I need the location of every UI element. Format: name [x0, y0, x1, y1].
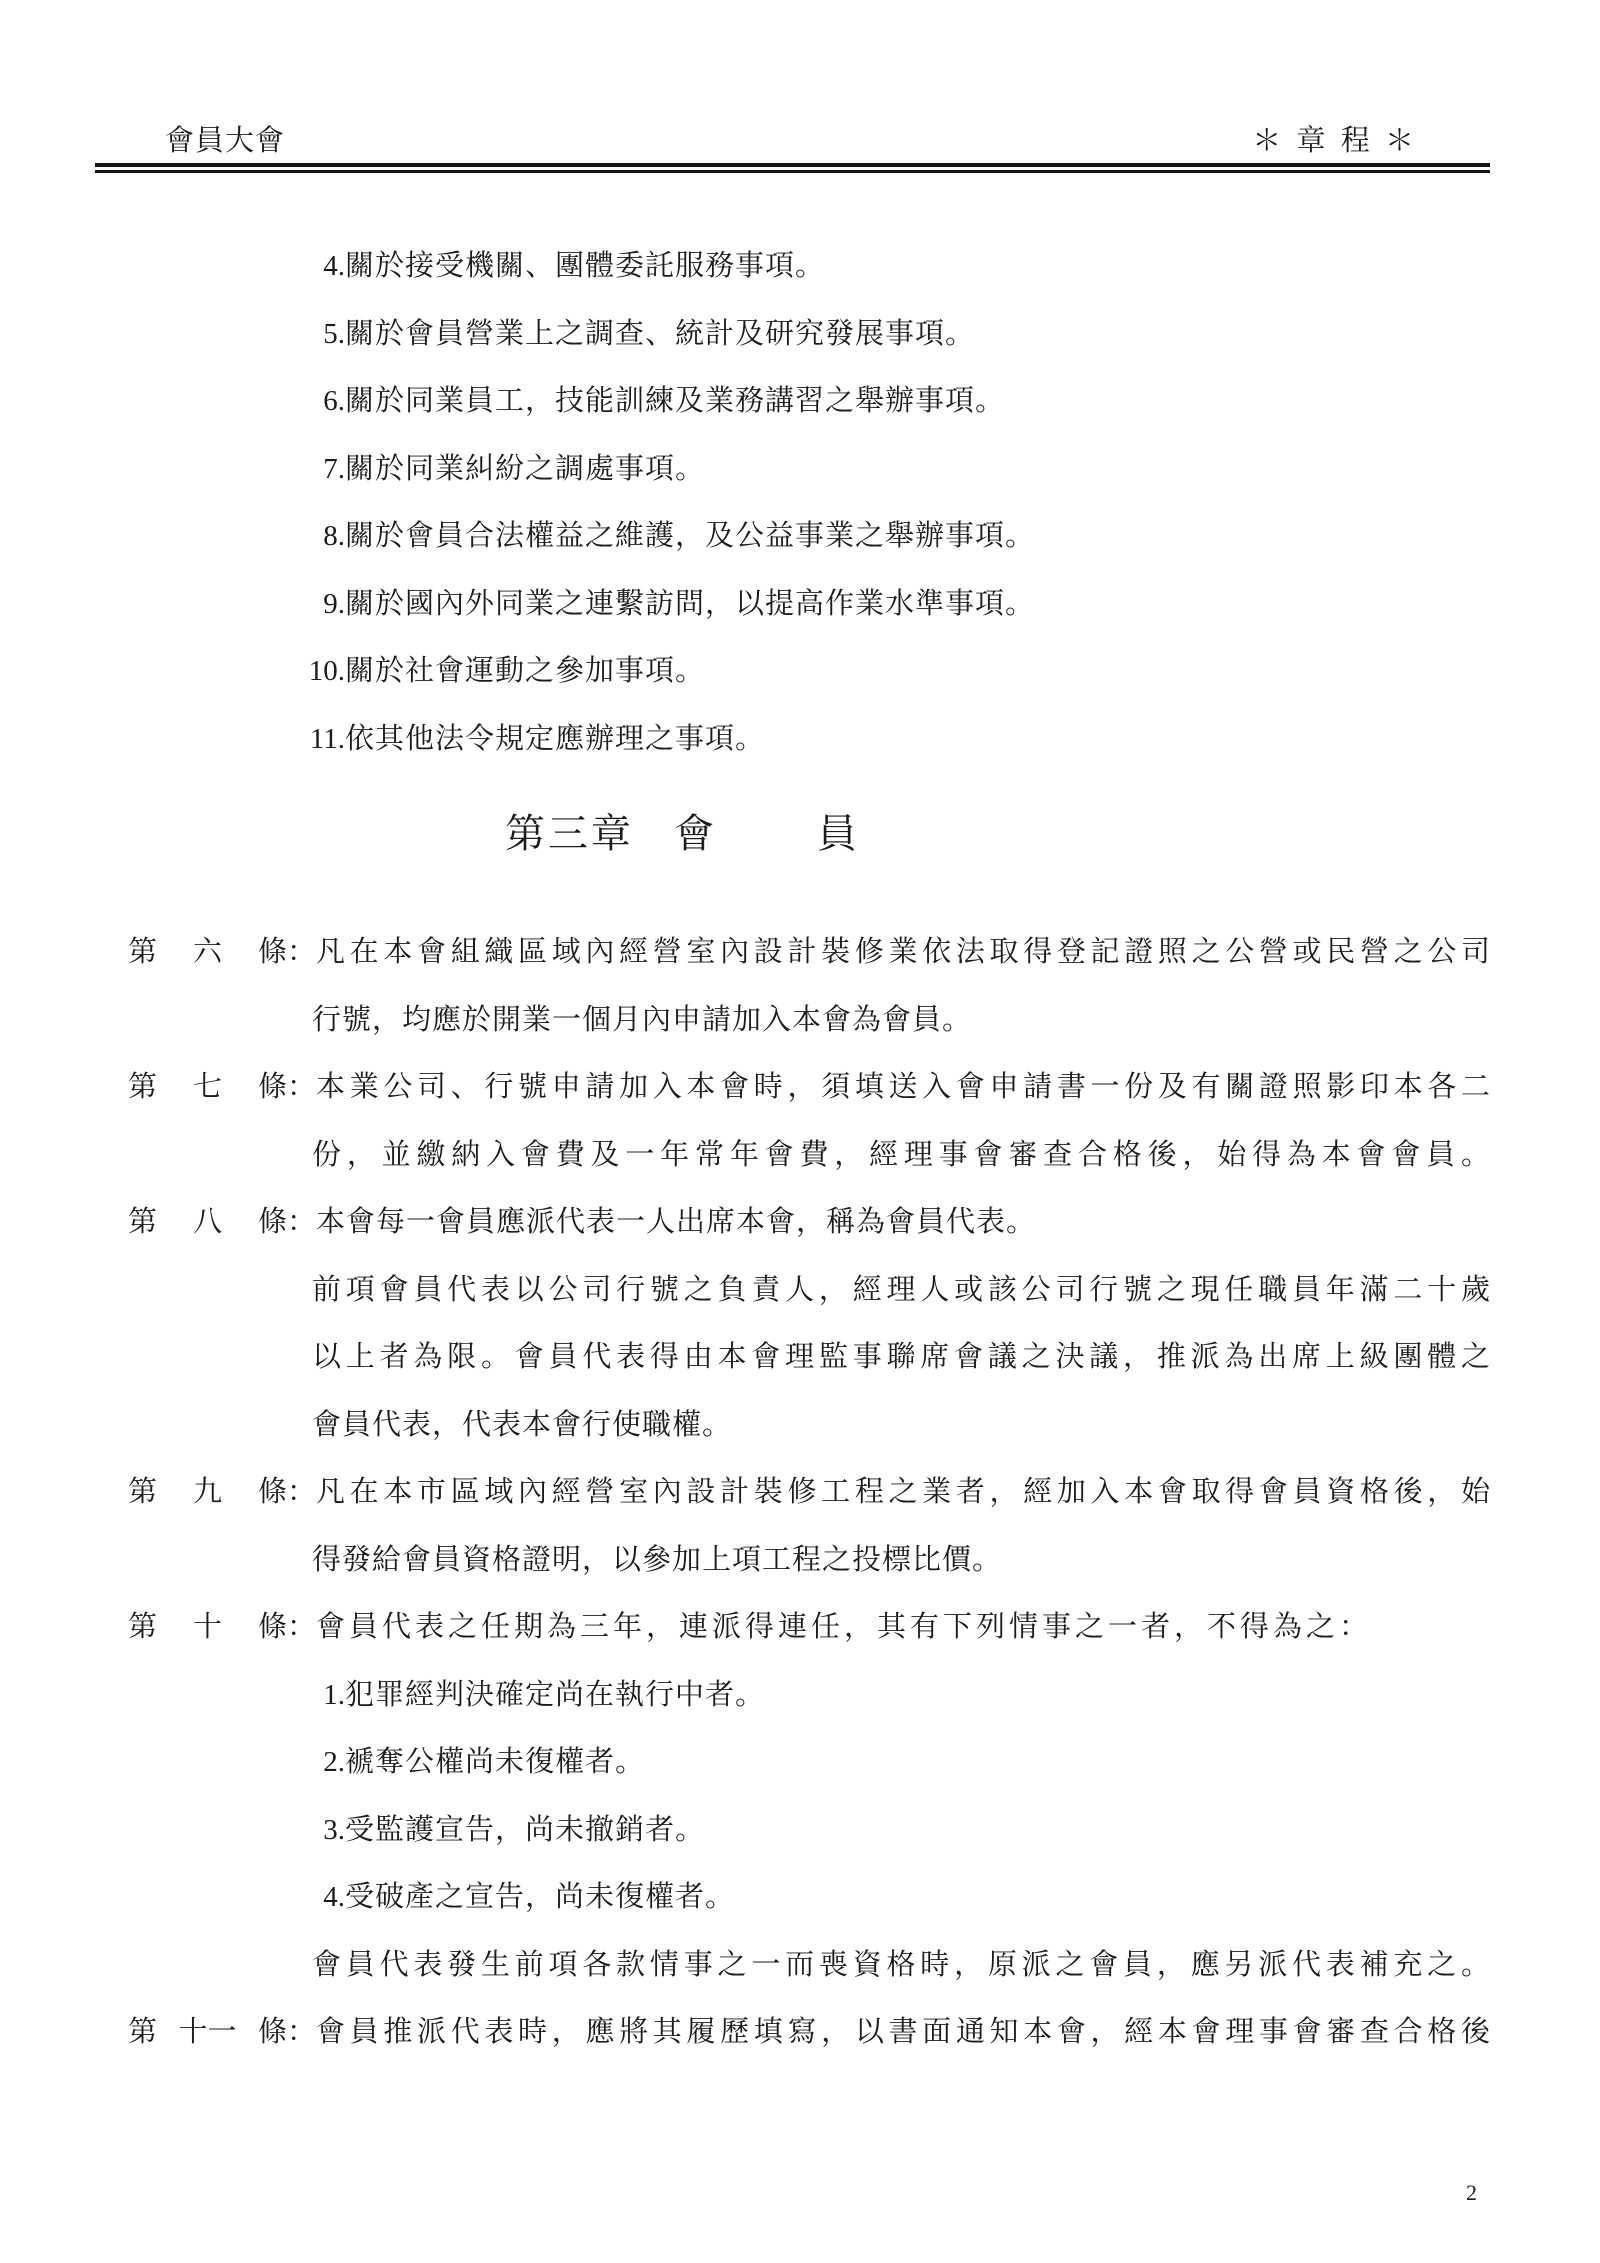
article-line-continuation: 會員代表，代表本會行使職權。 — [0, 1392, 1600, 1460]
article-label-prefix: 第 — [128, 1459, 157, 1527]
sub-item-text: 犯罪經判決確定尚在執行中者。 — [345, 1679, 765, 1711]
article-label-suffix: 條 — [258, 1594, 287, 1662]
article-label-number: 七 — [193, 1054, 222, 1122]
article-colon: ： — [287, 1999, 316, 2067]
list-item-number: 4. — [0, 233, 345, 301]
article-label: 第 十 條 — [128, 1594, 287, 1662]
list-item-number: 6. — [0, 368, 345, 436]
article-line-first: 第 七 條 ： 本業公司、行號申請加入本會時，須填送入會申請書一份及有關證照影印… — [0, 1054, 1600, 1122]
article-colon: ： — [287, 919, 316, 987]
sub-item-number: 1. — [0, 1662, 345, 1730]
article-text: 會員代表，代表本會行使職權。 — [312, 1392, 1490, 1460]
list-item-number: 11. — [0, 706, 345, 774]
list-item-text: 關於國內外同業之連繫訪問，以提高作業水準事項。 — [345, 588, 1035, 620]
article-label-prefix: 第 — [128, 919, 157, 987]
list-item-text: 依其他法令規定應辦理之事項。 — [345, 723, 765, 755]
chapter-heading-number: 第三章 — [505, 810, 634, 858]
article-text: 本業公司、行號申請加入本會時，須填送入會申請書一份及有關證照影印本各二 — [316, 1054, 1490, 1122]
numbered-list: 4. 關於接受機關、團體委託服務事項。 5. 關於會員營業上之調查、統計及研究發… — [0, 233, 1600, 773]
article-line-continuation: 行號，均應於開業一個月內申請加入本會為會員。 — [0, 987, 1600, 1055]
article-text: 會員代表發生前項各款情事之一而喪資格時，原派之會員，應另派代表補充之。 — [312, 1932, 1490, 2000]
article-colon: ： — [287, 1189, 316, 1257]
article-text: 份，並繳納入會費及一年常年會費，經理事會審查合格後，始得為本會會員。 — [312, 1122, 1490, 1190]
sub-item-number: 4. — [0, 1864, 345, 1932]
list-item-text: 關於同業員工，技能訓練及業務講習之舉辦事項。 — [345, 385, 1005, 417]
articles-section: 第 六 條 ： 凡在本會組織區域內經營室內設計裝修業依法取得登記證照之公營或民營… — [0, 919, 1600, 2067]
document-page: 會員大會 ＊ 章 程 ＊ 4. 關於接受機關、團體委託服務事項。 5. 關於會員… — [0, 0, 1600, 2263]
list-item-number: 5. — [0, 301, 345, 369]
sub-item-text: 褫奪公權尚未復權者。 — [345, 1746, 645, 1778]
article-line-continuation: 得發給會員資格證明，以參加上項工程之投標比價。 — [0, 1527, 1600, 1595]
header-double-rule — [95, 163, 1490, 173]
article-sub-item: 1. 犯罪經判決確定尚在執行中者。 — [0, 1662, 1600, 1730]
header-right-title: ＊ 章 程 ＊ — [1252, 124, 1418, 158]
list-item: 4. 關於接受機關、團體委託服務事項。 — [0, 233, 1600, 301]
article-label: 第 七 條 — [128, 1054, 287, 1122]
article-text: 凡在本會組織區域內經營室內設計裝修業依法取得登記證照之公營或民營之公司 — [316, 919, 1490, 987]
sub-item-text: 受監護宣告，尚未撤銷者。 — [345, 1814, 705, 1846]
article-line-continuation: 會員代表發生前項各款情事之一而喪資格時，原派之會員，應另派代表補充之。 — [0, 1932, 1600, 2000]
list-item-text: 關於會員合法權益之維護，及公益事業之舉辦事項。 — [345, 520, 1035, 552]
article-text: 凡在本市區域內經營室內設計裝修工程之業者，經加入本會取得會員資格後，始 — [316, 1459, 1490, 1527]
article-text: 前項會員代表以公司行號之負責人，經理人或該公司行號之現任職員年滿二十歲 — [312, 1257, 1490, 1325]
article-label: 第 十一 條 — [128, 1999, 287, 2067]
article-line-first: 第 十一 條 ： 會員推派代表時，應將其履歷填寫，以書面通知本會，經本會理事會審… — [0, 1999, 1600, 2067]
article-label-prefix: 第 — [128, 1594, 157, 1662]
article-line-first: 第 九 條 ： 凡在本市區域內經營室內設計裝修工程之業者，經加入本會取得會員資格… — [0, 1459, 1600, 1527]
article-sub-item: 3. 受監護宣告，尚未撤銷者。 — [0, 1797, 1600, 1865]
article-line-first: 第 八 條 ： 本會每一會員應派代表一人出席本會，稱為會員代表。 — [0, 1189, 1600, 1257]
article-label-prefix: 第 — [128, 1999, 157, 2067]
list-item: 10. 關於社會運動之參加事項。 — [0, 638, 1600, 706]
page-number: 2 — [1466, 2180, 1477, 2206]
list-item-text: 關於社會運動之參加事項。 — [345, 655, 705, 687]
article-label: 第 九 條 — [128, 1459, 287, 1527]
article-label-number: 六 — [193, 919, 222, 987]
list-item: 5. 關於會員營業上之調查、統計及研究發展事項。 — [0, 301, 1600, 369]
list-item-number: 7. — [0, 436, 345, 504]
article-line-first: 第 十 條 ： 會員代表之任期為三年，連派得連任，其有下列情事之一者，不得為之： — [0, 1594, 1600, 1662]
list-item-text: 關於接受機關、團體委託服務事項。 — [345, 250, 825, 282]
chapter-heading-word-1: 會 — [674, 810, 717, 858]
list-item: 8. 關於會員合法權益之維護，及公益事業之舉辦事項。 — [0, 503, 1600, 571]
article-label-number: 八 — [193, 1189, 222, 1257]
article-text: 以上者為限。會員代表得由本會理監事聯席會議之決議，推派為出席上級團體之 — [312, 1324, 1490, 1392]
article-sub-item: 2. 褫奪公權尚未復權者。 — [0, 1729, 1600, 1797]
list-item: 6. 關於同業員工，技能訓練及業務講習之舉辦事項。 — [0, 368, 1600, 436]
list-item-text: 關於同業糾紛之調處事項。 — [345, 453, 705, 485]
list-item-number: 10. — [0, 638, 345, 706]
list-item-number: 9. — [0, 571, 345, 639]
article-text: 會員代表之任期為三年，連派得連任，其有下列情事之一者，不得為之： — [316, 1594, 1490, 1662]
list-item-number: 8. — [0, 503, 345, 571]
article-line-continuation: 以上者為限。會員代表得由本會理監事聯席會議之決議，推派為出席上級團體之 — [0, 1324, 1600, 1392]
article-sub-item: 4. 受破產之宣告，尚未復權者。 — [0, 1864, 1600, 1932]
sub-item-text: 受破產之宣告，尚未復權者。 — [345, 1881, 735, 1913]
chapter-heading: 第三章 會 員 — [505, 810, 860, 858]
article-label-prefix: 第 — [128, 1189, 157, 1257]
article-label-suffix: 條 — [258, 919, 287, 987]
article-text: 得發給會員資格證明，以參加上項工程之投標比價。 — [312, 1527, 1490, 1595]
article-label-suffix: 條 — [258, 1054, 287, 1122]
article-label-number: 九 — [193, 1459, 222, 1527]
header-left-title: 會員大會 — [165, 124, 285, 158]
list-item: 7. 關於同業糾紛之調處事項。 — [0, 436, 1600, 504]
article-text: 行號，均應於開業一個月內申請加入本會為會員。 — [312, 987, 1490, 1055]
article-label-number: 十一 — [178, 1999, 236, 2067]
list-item-text: 關於會員營業上之調查、統計及研究發展事項。 — [345, 318, 975, 350]
article-colon: ： — [287, 1594, 316, 1662]
article-label-number: 十 — [193, 1594, 222, 1662]
article-line-first: 第 六 條 ： 凡在本會組織區域內經營室內設計裝修業依法取得登記證照之公營或民營… — [0, 919, 1600, 987]
article-line-continuation: 前項會員代表以公司行號之負責人，經理人或該公司行號之現任職員年滿二十歲 — [0, 1257, 1600, 1325]
sub-item-number: 3. — [0, 1797, 345, 1865]
article-label: 第 六 條 — [128, 919, 287, 987]
article-text: 本會每一會員應派代表一人出席本會，稱為會員代表。 — [316, 1189, 1490, 1257]
article-colon: ： — [287, 1054, 316, 1122]
article-label-prefix: 第 — [128, 1054, 157, 1122]
list-item: 9. 關於國內外同業之連繫訪問，以提高作業水準事項。 — [0, 571, 1600, 639]
article-label-suffix: 條 — [258, 1459, 287, 1527]
sub-item-number: 2. — [0, 1729, 345, 1797]
article-line-continuation: 份，並繳納入會費及一年常年會費，經理事會審查合格後，始得為本會會員。 — [0, 1122, 1600, 1190]
article-label-suffix: 條 — [258, 1999, 287, 2067]
article-label: 第 八 條 — [128, 1189, 287, 1257]
article-text: 會員推派代表時，應將其履歷填寫，以書面通知本會，經本會理事會審查合格後 — [316, 1999, 1490, 2067]
article-colon: ： — [287, 1459, 316, 1527]
list-item: 11. 依其他法令規定應辦理之事項。 — [0, 706, 1600, 774]
chapter-heading-word-2: 員 — [817, 810, 860, 858]
article-label-suffix: 條 — [258, 1189, 287, 1257]
